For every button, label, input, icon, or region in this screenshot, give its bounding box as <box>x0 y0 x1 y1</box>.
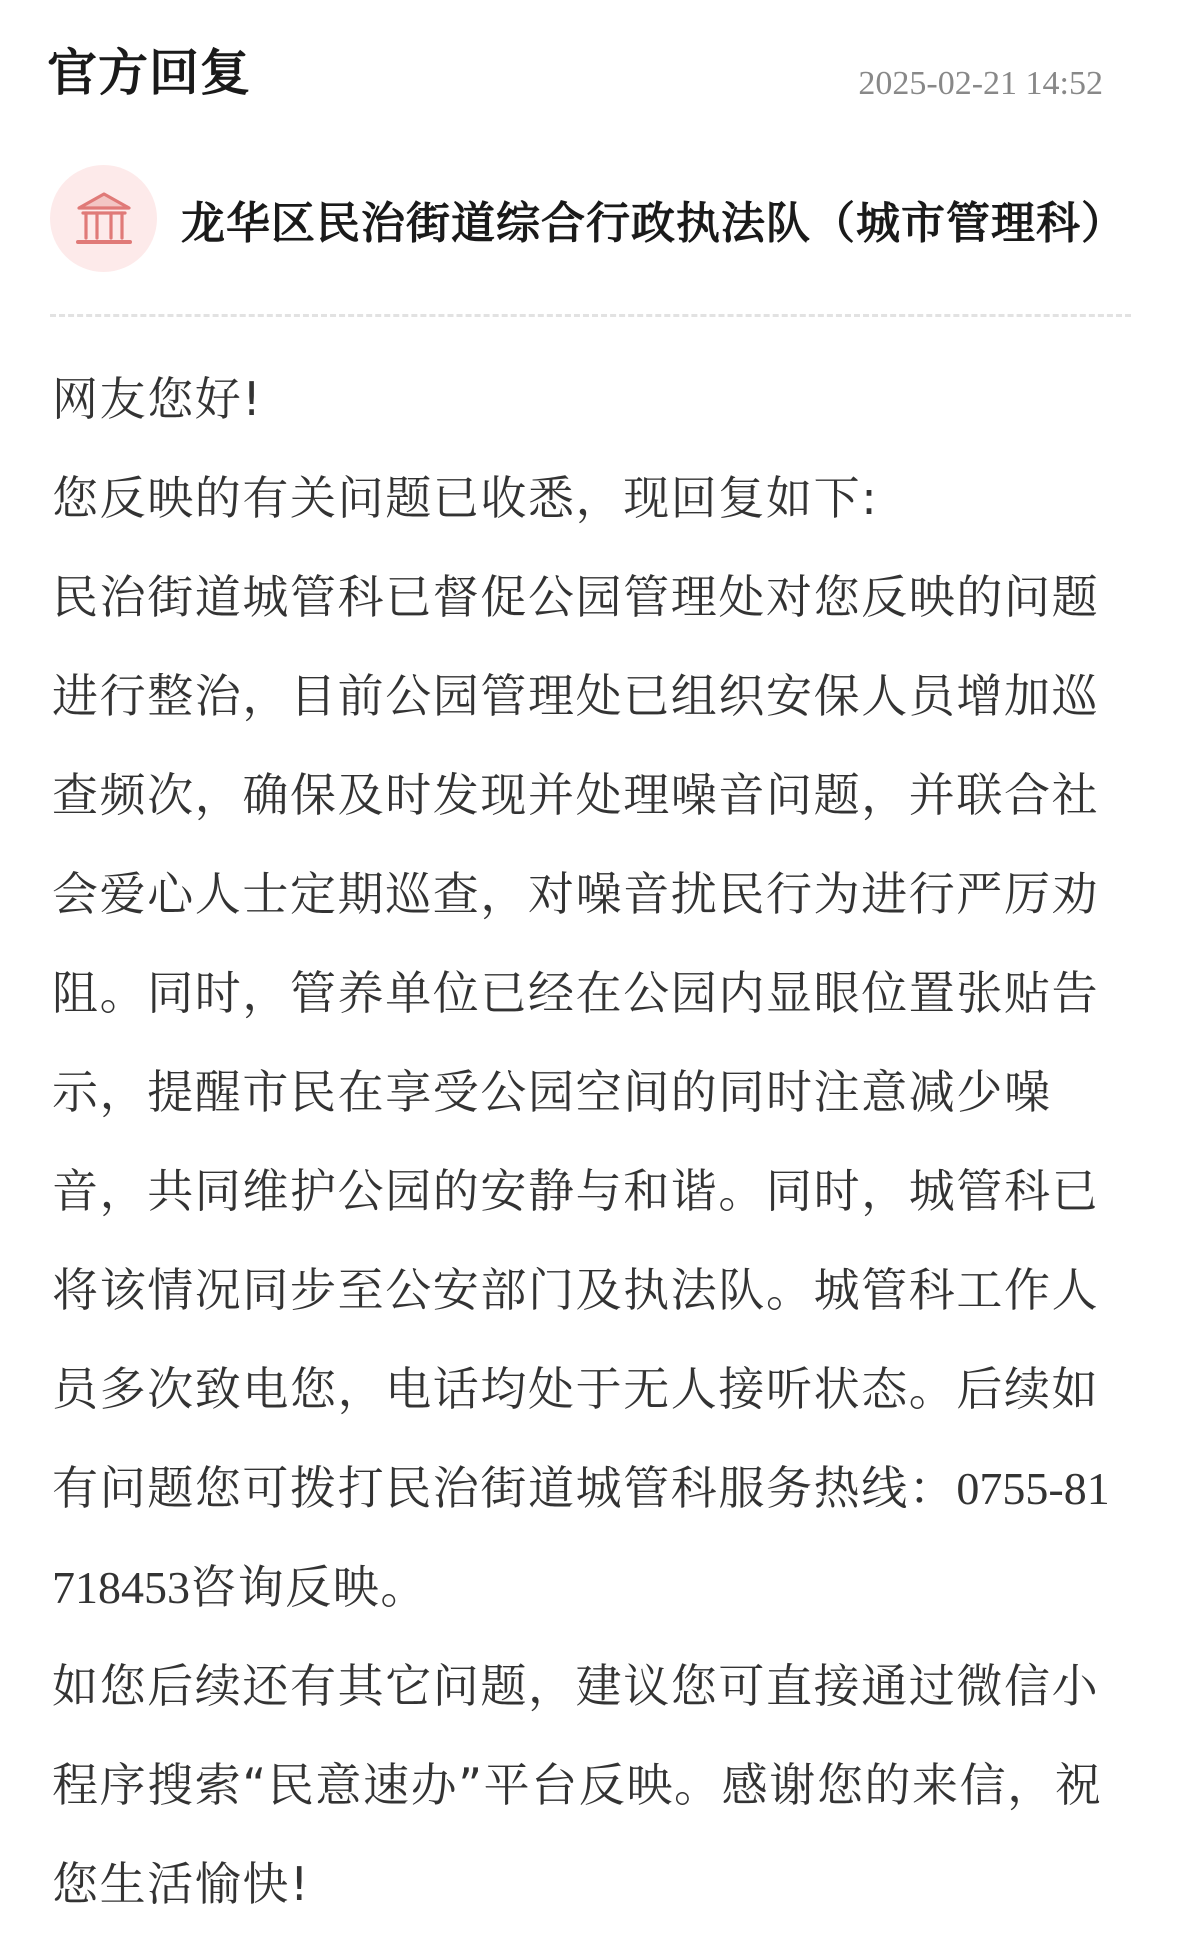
hotline-line: 有问题您可拨打民治街道城管科服务热线：0755-81 <box>52 1439 1152 1538</box>
dashed-divider <box>50 314 1131 317</box>
organization-name: 龙华区民治街道综合行政执法队（城市管理科） <box>181 187 1126 251</box>
intro-line: 您反映的有关问题已收悉，现回复如下: <box>52 449 1152 548</box>
body-line: 进行整治，目前公园管理处已组织安保人员增加巡 <box>52 647 1152 746</box>
organization-avatar <box>50 165 157 272</box>
body-line: 音，共同维护公园的安静与和谐。同时，城管科已 <box>52 1142 1152 1241</box>
hotline-line-continued: 718453咨询反映。 <box>52 1538 1152 1637</box>
closing-line: 您生活愉快! <box>52 1835 1152 1934</box>
government-building-icon <box>73 191 135 247</box>
closing-line: 如您后续还有其它问题，建议您可直接通过微信小 <box>52 1637 1152 1736</box>
reply-timestamp: 2025-02-21 14:52 <box>858 62 1103 106</box>
closing-line: 程序搜索“民意速办”平台反映。感谢您的来信，祝 <box>52 1736 1152 1835</box>
body-line: 将该情况同步至公安部门及执法队。城管科工作人 <box>52 1241 1152 1340</box>
body-line: 会爱心人士定期巡查，对噪音扰民行为进行严厉劝 <box>52 845 1152 944</box>
page-title: 官方回复 <box>47 40 251 106</box>
body-line: 民治街道城管科已督促公园管理处对您反映的问题 <box>52 548 1152 647</box>
hotline-label: 有问题您可拨打民治街道城管科服务热线： <box>52 1461 956 1515</box>
reply-body: 网友您好! 您反映的有关问题已收悉，现回复如下: 民治街道城管科已督促公园管理处… <box>52 350 1152 1934</box>
body-line: 员多次致电您，电话均处于无人接听状态。后续如 <box>52 1340 1152 1439</box>
hotline-number-part1: 0755-81 <box>956 1463 1109 1514</box>
body-line: 示，提醒市民在享受公园空间的同时注意减少噪 <box>52 1043 1152 1142</box>
greeting-line: 网友您好! <box>52 350 1152 449</box>
body-line: 查频次，确保及时发现并处理噪音问题，并联合社 <box>52 746 1152 845</box>
hotline-number-part2: 718453 <box>52 1562 190 1613</box>
hotline-suffix: 咨询反映。 <box>190 1560 428 1614</box>
organization-row: 龙华区民治街道综合行政执法队（城市管理科） <box>50 165 1126 272</box>
body-line: 阻。同时，管养单位已经在公园内显眼位置张贴告 <box>52 944 1152 1043</box>
